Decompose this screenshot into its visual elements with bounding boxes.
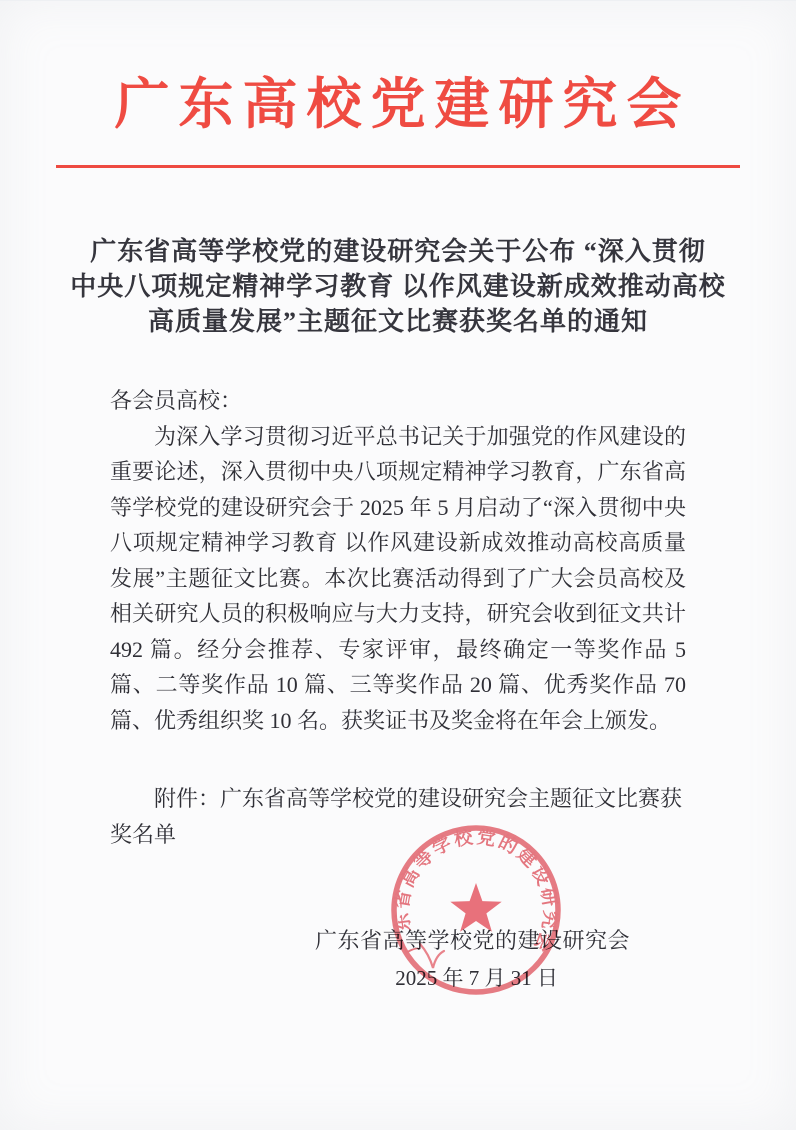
document-title: 广东省高等学校党的建设研究会关于公布 “深入贯彻 中央八项规定精神学习教育 以作… — [60, 234, 736, 339]
document-title-line-1: 广东省高等学校党的建设研究会关于公布 “深入贯彻 — [60, 234, 736, 269]
document-title-line-3: 高质量发展”主题征文比赛获奖名单的通知 — [60, 304, 736, 339]
body-paragraph: 为深入学习贯彻习近平总书记关于加强党的作风建设的重要论述，深入贯彻中央八项规定精… — [110, 419, 686, 739]
scanned-document-page: 广东高校党建研究会 广东省高等学校党的建设研究会关于公布 “深入贯彻 中央八项规… — [0, 0, 796, 1130]
signature-block: 广东省高等学校党的建设研究会 2025 年 7 月 31 日 — [110, 923, 686, 996]
signature-date: 2025 年 7 月 31 日 — [110, 961, 686, 997]
salutation-line: 各会员高校： — [110, 383, 686, 419]
document-body: 各会员高校： 为深入学习贯彻习近平总书记关于加强党的作风建设的重要论述，深入贯彻… — [0, 383, 796, 996]
document-title-line-2: 中央八项规定精神学习教育 以作风建设新成效推动高校 — [60, 269, 736, 304]
attachment-line: 附件：广东省高等学校党的建设研究会主题征文比赛获奖名单 — [110, 781, 686, 852]
signature-org-name: 广东省高等学校党的建设研究会 — [110, 923, 686, 959]
red-divider-rule — [56, 165, 740, 168]
org-header-title: 广东高校党建研究会 — [0, 77, 796, 133]
